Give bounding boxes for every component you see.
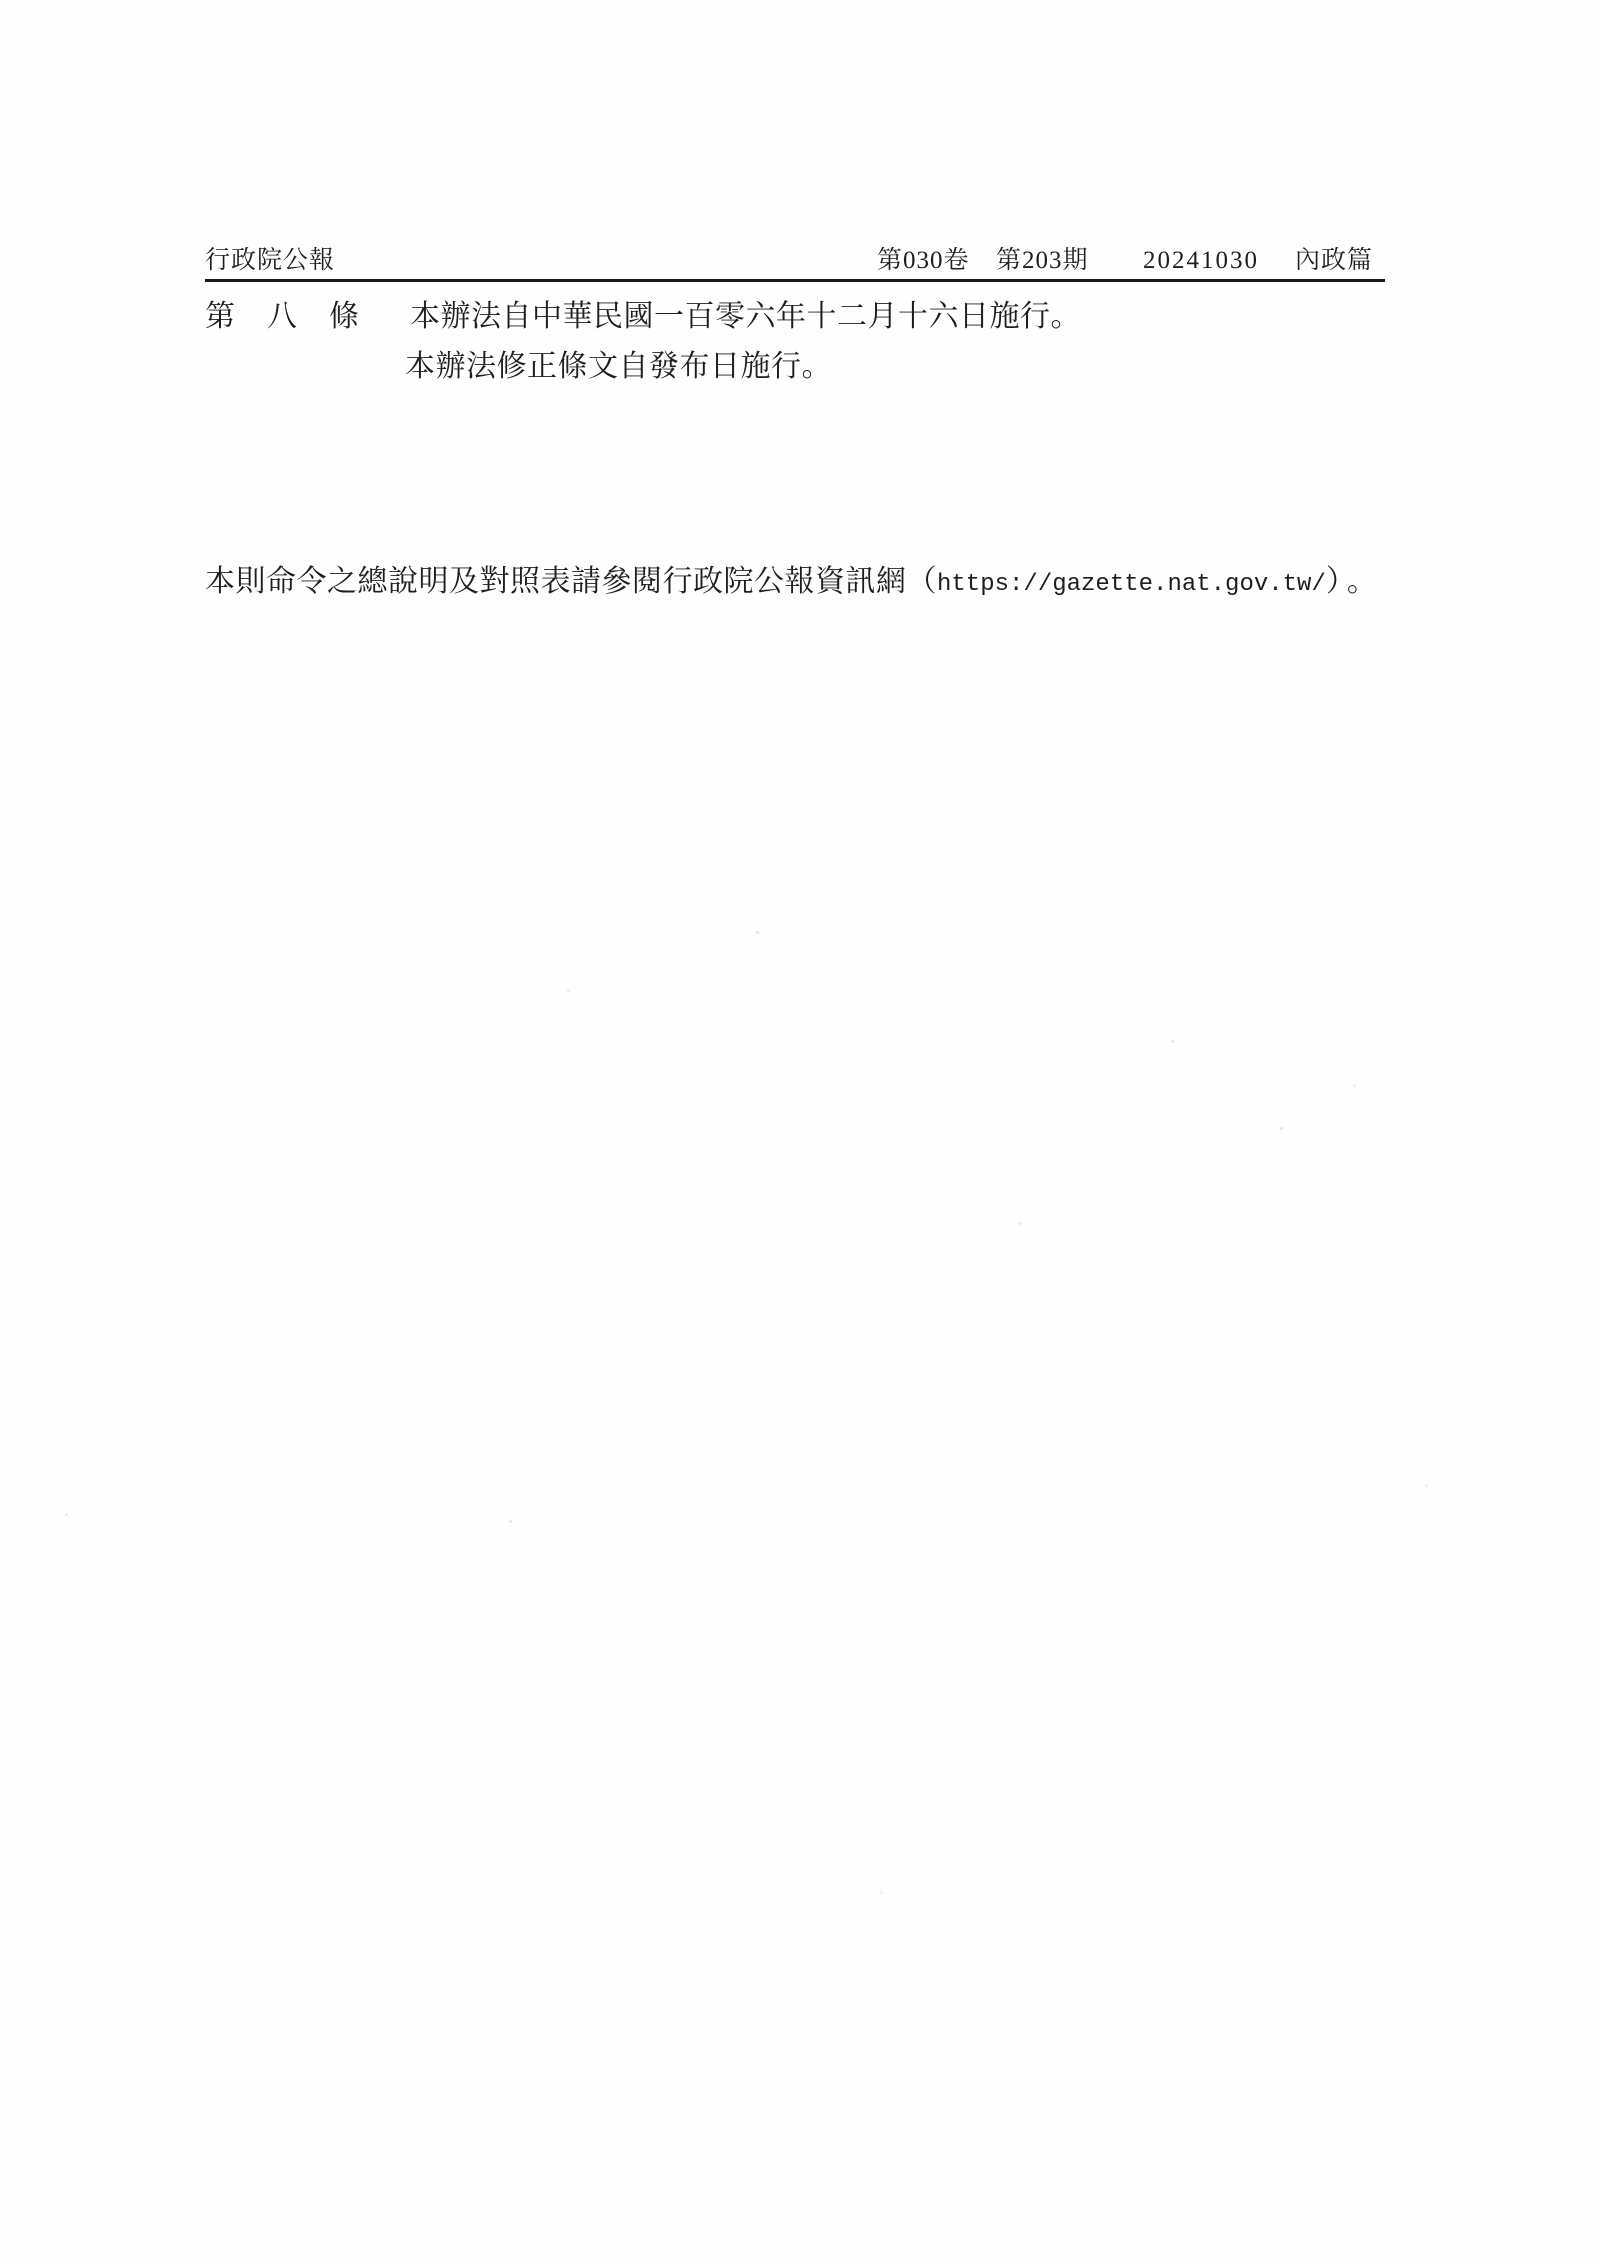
scan-speck <box>1018 1222 1021 1225</box>
scan-speck <box>567 989 570 992</box>
scan-speck <box>1353 1084 1356 1087</box>
scan-speck <box>1280 1127 1283 1130</box>
section-name: 內政篇 <box>1295 248 1373 273</box>
gazette-url: https://gazette.nat.gov.tw/ <box>937 571 1326 598</box>
article-text-line: 本辦法修正條文自發布日施行。 <box>405 352 832 382</box>
publication-title: 行政院公報 <box>205 248 335 273</box>
article-number-char: 八 <box>267 302 298 332</box>
volume-number: 第030卷 <box>877 248 970 273</box>
scan-speck <box>509 1520 512 1523</box>
issue-number: 第203期 <box>996 248 1089 273</box>
gazette-document-page: 行政院公報 第030卷 第203期 20241030 內政篇 第 八 條 本辦法… <box>0 0 1600 2262</box>
publication-date: 20241030 <box>1143 248 1259 273</box>
scan-speck <box>65 1513 68 1516</box>
note-closing-punctuation: ）。 <box>1326 565 1383 598</box>
gazette-note-paragraph: 本則命令之總說明及對照表請參閱行政院公報資訊網（https://gazette.… <box>205 567 1383 597</box>
header-divider-rule <box>205 279 1385 282</box>
article-text-line: 本辦法自中華民國一百零六年十二月十六日施行。 <box>410 302 1081 332</box>
scan-speck <box>880 1891 883 1894</box>
scan-speck <box>1171 1040 1174 1043</box>
article-number-char: 第 <box>205 302 236 332</box>
note-text: 本則命令之總說明及對照表請參閱行政院公報資訊網（ <box>205 565 937 598</box>
scan-speck <box>756 931 759 934</box>
article-number-char: 條 <box>329 302 360 332</box>
scan-speck <box>1425 1484 1428 1487</box>
